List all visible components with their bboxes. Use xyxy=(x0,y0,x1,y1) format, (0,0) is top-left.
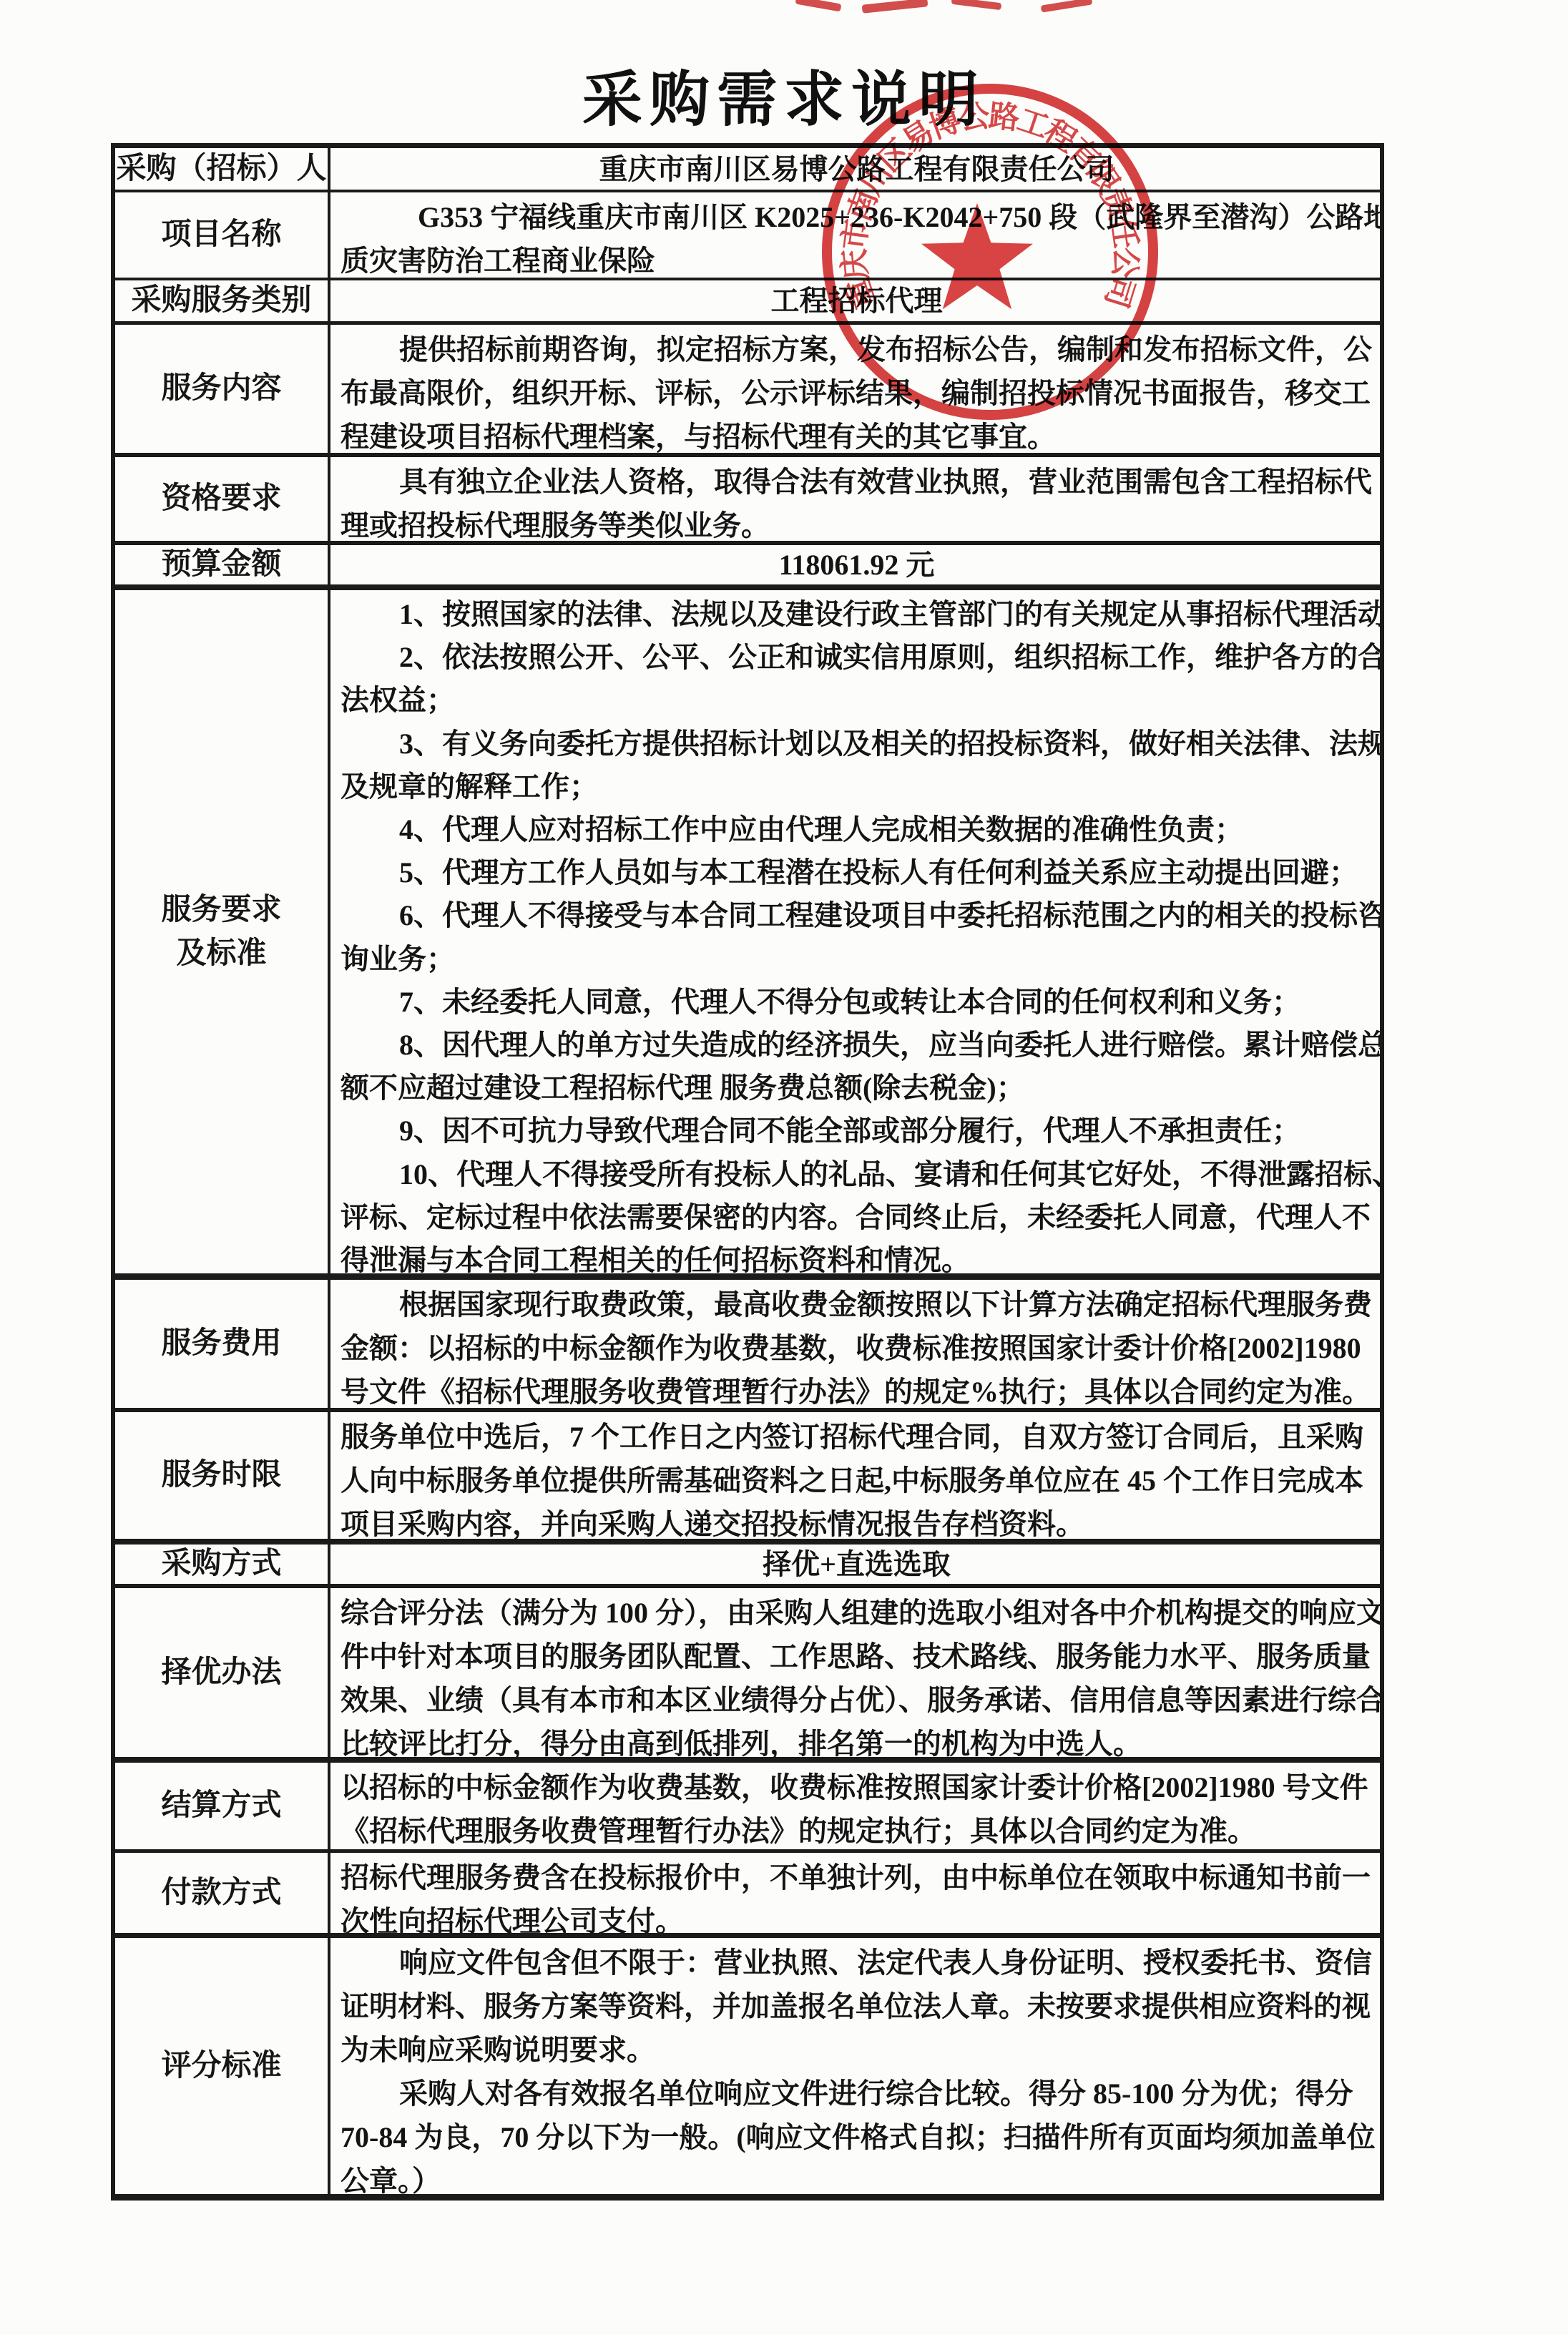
stamp-fragment xyxy=(862,0,928,14)
value-line: 工程招标代理 xyxy=(771,280,943,321)
table-row-duration: 服务时限 服务单位中选后，7 个工作日之内签订招标代理合同，自双方签订合同后，且… xyxy=(115,1412,1380,1545)
row-label-duration: 服务时限 xyxy=(115,1412,330,1539)
value-line: 以招标的中标金额作为收费基数，收费标准按照国家计委计价格[2002]1980 号… xyxy=(340,1766,1373,1809)
row-label-budget: 预算金额 xyxy=(115,545,330,584)
row-value-selection: 综合评分法（满分为 100 分），由采购人组建的选取小组对各中介机构提交的响应文… xyxy=(330,1588,1380,1757)
row-label-payment: 付款方式 xyxy=(115,1853,330,1933)
row-label-service-content: 服务内容 xyxy=(115,325,330,453)
stamp-fragment xyxy=(1041,0,1093,13)
value-line: 号文件《招标代理服务收费管理暂行办法》的规定%执行；具体以合同约定为准。 xyxy=(340,1370,1373,1408)
value-line: 比较评比打分，得分由高到低排列，排名第一的机构为中选人。 xyxy=(340,1722,1373,1757)
table-row-scoring: 评分标准 响应文件包含但不限于：营业执照、法定代表人身份证明、授权委托书、资信 … xyxy=(115,1938,1380,2194)
table-row-qualification: 资格要求 具有独立企业法人资格，取得合法有效营业执照，营业范围需包含工程招标代 … xyxy=(115,457,1380,545)
row-value-service-fee: 根据国家现行取费政策，最高收费金额按照以下计算方法确定招标代理服务费 金额：以招… xyxy=(330,1280,1380,1408)
value-line: 4、代理人应对招标工作中应由代理人完成相关数据的准确性负责； xyxy=(340,808,1373,851)
row-value-qualification: 具有独立企业法人资格，取得合法有效营业执照，营业范围需包含工程招标代 理或招投标… xyxy=(330,457,1380,541)
row-value-settlement: 以招标的中标金额作为收费基数，收费标准按照国家计委计价格[2002]1980 号… xyxy=(330,1763,1380,1849)
table-row-selection: 择优办法 综合评分法（满分为 100 分），由采购人组建的选取小组对各中介机构提… xyxy=(115,1588,1380,1763)
value-line: 2、依法按照公开、公平、公正和诚实信用原则，组织招标工作，维护各方的合 xyxy=(340,636,1373,679)
value-line: 5、代理方工作人员如与本工程潜在投标人有任何利益关系应主动提出回避； xyxy=(340,851,1373,894)
row-label-purchaser: 采购（招标）人 xyxy=(115,148,330,190)
row-value-requirements: 1、按照国家的法律、法规以及建设行政主管部门的有关规定从事招标代理活动； 2、依… xyxy=(330,590,1380,1273)
row-label-selection: 择优办法 xyxy=(115,1588,330,1757)
value-line: 次性向招标代理公司支付。 xyxy=(340,1899,1373,1933)
page-title: 采购需求说明 xyxy=(0,52,1568,138)
value-line: 服务单位中选后，7 个工作日之内签订招标代理合同，自双方签订合同后，且采购 xyxy=(340,1415,1373,1459)
value-line: G353 宁福线重庆市南川区 K2025+236-K2042+750 段（武隆界… xyxy=(340,195,1373,239)
value-line: 公章。） xyxy=(340,2159,1373,2194)
table-row-service-fee: 服务费用 根据国家现行取费政策，最高收费金额按照以下计算方法确定招标代理服务费 … xyxy=(115,1280,1380,1412)
row-value-category: 工程招标代理 xyxy=(330,280,1380,321)
value-line: 法权益； xyxy=(340,679,1373,722)
row-label-scoring: 评分标准 xyxy=(115,1938,330,2194)
value-line: 程建设项目招标代理档案，与招标代理有关的其它事宜。 xyxy=(340,415,1373,453)
value-line: 效果、业绩（具有本市和本区业绩得分占优）、服务承诺、信用信息等因素进行综合 xyxy=(340,1678,1373,1722)
row-label-qualification: 资格要求 xyxy=(115,457,330,541)
table-row-method: 采购方式 择优+直选选取 xyxy=(115,1545,1380,1588)
value-line: 项目采购内容，并向采购人递交招投标情况报告存档资料。 xyxy=(340,1502,1373,1539)
row-value-project: G353 宁福线重庆市南川区 K2025+236-K2042+750 段（武隆界… xyxy=(330,192,1380,278)
table-row-purchaser: 采购（招标）人 重庆市南川区易博公路工程有限责任公司 xyxy=(115,148,1380,192)
row-label-service-fee: 服务费用 xyxy=(115,1280,330,1408)
row-value-purchaser: 重庆市南川区易博公路工程有限责任公司 xyxy=(330,148,1380,190)
value-line: 招标代理服务费含在投标报价中，不单独计列，由中标单位在领取中标通知书前一 xyxy=(340,1856,1373,1899)
value-line: 评标、定标过程中依法需要保密的内容。合同终止后，未经委托人同意，代理人不 xyxy=(340,1196,1373,1239)
value-line: 质灾害防治工程商业保险 xyxy=(340,239,1373,278)
value-line: 提供招标前期咨询，拟定招标方案，发布招标公告，编制和发布招标文件，公 xyxy=(340,328,1373,371)
row-value-scoring: 响应文件包含但不限于：营业执照、法定代表人身份证明、授权委托书、资信 证明材料、… xyxy=(330,1938,1380,2194)
value-line: 10、代理人不得接受所有投标人的礼品、宴请和任何其它好处，不得泄露招标、 xyxy=(340,1153,1373,1196)
value-line: 重庆市南川区易博公路工程有限责任公司 xyxy=(599,148,1114,190)
value-line: 《招标代理服务收费管理暂行办法》的规定执行；具体以合同约定为准。 xyxy=(340,1809,1373,1849)
procurement-table: 采购（招标）人 重庆市南川区易博公路工程有限责任公司 项目名称 G353 宁福线… xyxy=(111,143,1384,2201)
value-line: 额不应超过建设工程招标代理 服务费总额(除去税金)； xyxy=(340,1067,1373,1110)
value-line: 响应文件包含但不限于：营业执照、法定代表人身份证明、授权委托书、资信 xyxy=(340,1941,1373,1984)
value-line: 根据国家现行取费政策，最高收费金额按照以下计算方法确定招标代理服务费 xyxy=(340,1283,1373,1326)
table-row-category: 采购服务类别 工程招标代理 xyxy=(115,280,1380,325)
value-line: 件中针对本项目的服务团队配置、工作思路、技术路线、服务能力水平、服务质量 xyxy=(340,1635,1373,1678)
value-line: 综合评分法（满分为 100 分），由采购人组建的选取小组对各中介机构提交的响应文 xyxy=(340,1591,1373,1635)
value-line: 7、未经委托人同意，代理人不得分包或转让本合同的任何权利和义务； xyxy=(340,981,1373,1024)
table-row-budget: 预算金额 118061.92 元 xyxy=(115,545,1380,590)
row-label-category: 采购服务类别 xyxy=(115,280,330,321)
row-label-requirements: 服务要求 及标准 xyxy=(115,590,330,1273)
row-value-method: 择优+直选选取 xyxy=(330,1545,1380,1584)
value-line: 3、有义务向委托方提供招标计划以及相关的招投标资料，做好相关法律、法规 xyxy=(340,723,1373,765)
row-value-payment: 招标代理服务费含在投标报价中，不单独计列，由中标单位在领取中标通知书前一 次性向… xyxy=(330,1853,1380,1933)
row-value-service-content: 提供招标前期咨询，拟定招标方案，发布招标公告，编制和发布招标文件，公 布最高限价… xyxy=(330,325,1380,453)
value-line: 9、因不可抗力导致代理合同不能全部或部分履行，代理人不承担责任； xyxy=(340,1110,1373,1152)
value-line: 布最高限价，组织开标、评标，公示评标结果，编制招投标情况书面报告，移交工 xyxy=(340,371,1373,415)
value-line: 具有独立企业法人资格，取得合法有效营业执照，营业范围需包含工程招标代 xyxy=(340,460,1373,504)
value-line: 人向中标服务单位提供所需基础资料之日起,中标服务单位应在 45 个工作日完成本 xyxy=(340,1459,1373,1502)
table-row-project: 项目名称 G353 宁福线重庆市南川区 K2025+236-K2042+750 … xyxy=(115,192,1380,280)
value-line: 金额：以招标的中标金额作为收费基数，收费标准按照国家计委计价格[2002]198… xyxy=(340,1326,1373,1370)
row-value-budget: 118061.92 元 xyxy=(330,545,1380,584)
row-label-method: 采购方式 xyxy=(115,1545,330,1584)
stamp-fragment xyxy=(951,0,1002,10)
value-line: 70-84 为良，70 分以下为一般。(响应文件格式自拟；扫描件所有页面均须加盖… xyxy=(340,2115,1373,2159)
value-line: 8、因代理人的单方过失造成的经济损失，应当向委托人进行赔偿。累计赔偿总 xyxy=(340,1024,1373,1067)
table-row-requirements: 服务要求 及标准 1、按照国家的法律、法规以及建设行政主管部门的有关规定从事招标… xyxy=(115,590,1380,1280)
stamp-fragment xyxy=(795,0,842,11)
value-line: 得泄漏与本合同工程相关的任何招标资料和情况。 xyxy=(340,1239,1373,1273)
value-line: 6、代理人不得接受与本合同工程建设项目中委托招标范围之内的相关的投标咨 xyxy=(340,894,1373,937)
value-line: 择优+直选选取 xyxy=(763,1545,951,1584)
scanned-document-page: 采购需求说明 采购（招标）人 重庆市南川区易博公路工程有限责任公司 项目名称 G… xyxy=(0,0,1568,2335)
value-line: 采购人对各有效报名单位响应文件进行综合比较。得分 85-100 分为优；得分 xyxy=(340,2072,1373,2115)
value-line: 及规章的解释工作； xyxy=(340,765,1373,808)
row-value-duration: 服务单位中选后，7 个工作日之内签订招标代理合同，自双方签订合同后，且采购 人向… xyxy=(330,1412,1380,1539)
table-row-settlement: 结算方式 以招标的中标金额作为收费基数，收费标准按照国家计委计价格[2002]1… xyxy=(115,1763,1380,1853)
row-label-settlement: 结算方式 xyxy=(115,1763,330,1849)
table-row-service-content: 服务内容 提供招标前期咨询，拟定招标方案，发布招标公告，编制和发布招标文件，公 … xyxy=(115,325,1380,457)
value-line: 为未响应采购说明要求。 xyxy=(340,2028,1373,2072)
value-line: 118061.92 元 xyxy=(779,545,935,584)
row-label-project: 项目名称 xyxy=(115,192,330,278)
value-line: 询业务； xyxy=(340,938,1373,981)
value-line: 1、按照国家的法律、法规以及建设行政主管部门的有关规定从事招标代理活动； xyxy=(340,593,1373,636)
value-line: 理或招投标代理服务等类似业务。 xyxy=(340,504,1373,541)
table-row-payment: 付款方式 招标代理服务费含在投标报价中，不单独计列，由中标单位在领取中标通知书前… xyxy=(115,1853,1380,1938)
value-line: 证明材料、服务方案等资料，并加盖报名单位法人章。未按要求提供相应资料的视 xyxy=(340,1984,1373,2028)
